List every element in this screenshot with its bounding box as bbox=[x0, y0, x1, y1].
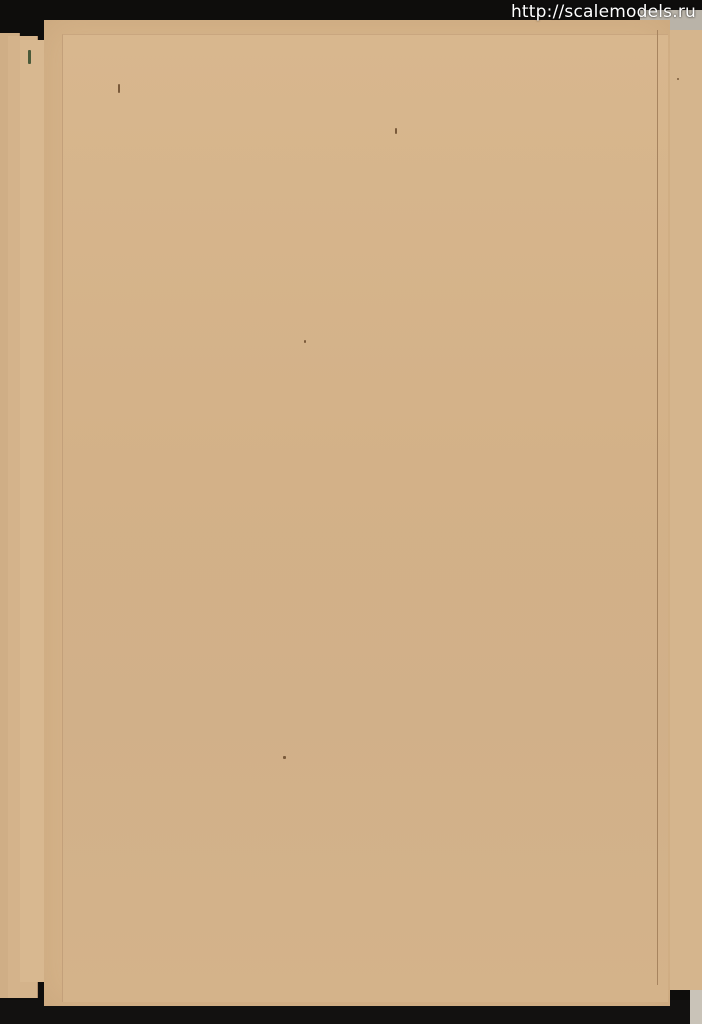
paper-speck bbox=[395, 128, 397, 134]
paper-speck bbox=[283, 756, 286, 759]
paper-speck bbox=[304, 340, 306, 343]
paper-speck bbox=[677, 78, 679, 80]
paper-speck bbox=[118, 84, 120, 93]
paper-speck bbox=[28, 50, 31, 64]
light-background-patch-bottom bbox=[690, 990, 702, 1024]
watermark-url: http://scalemodels.ru bbox=[511, 2, 696, 22]
blank-page bbox=[62, 34, 668, 1002]
page-fold-line bbox=[657, 30, 658, 985]
